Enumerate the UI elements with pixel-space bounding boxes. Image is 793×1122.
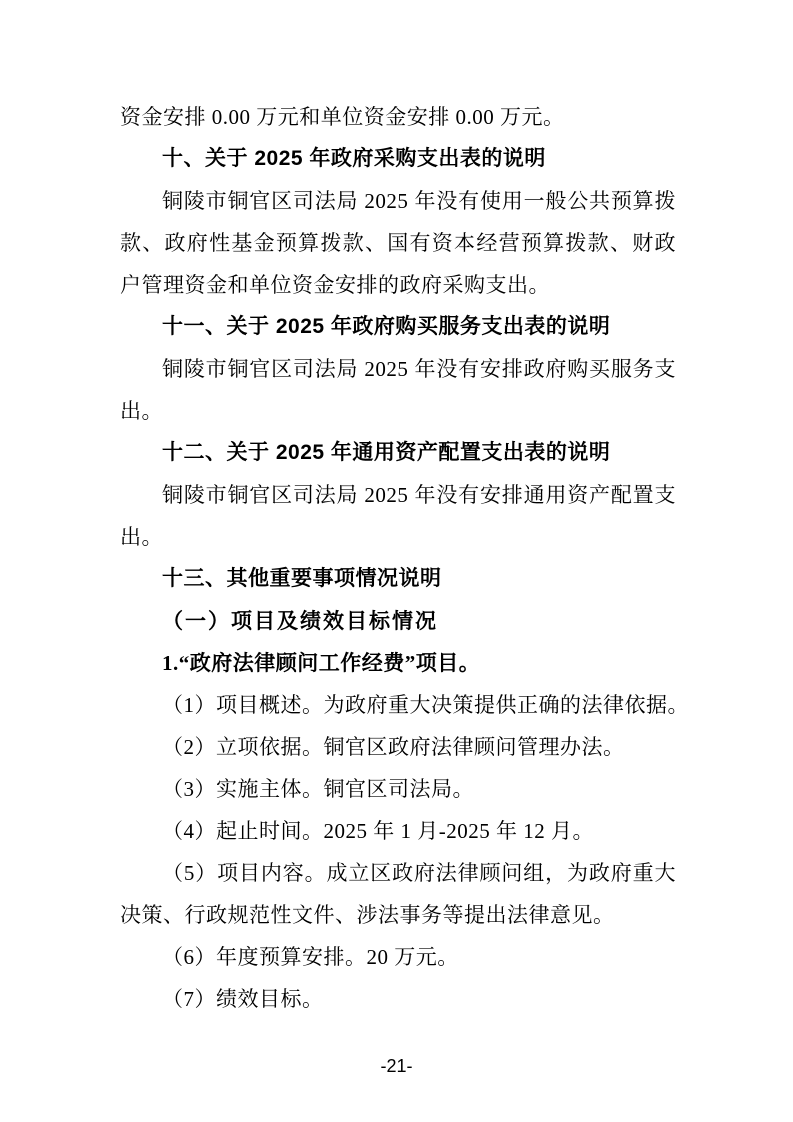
section-heading-12: 十二、关于 2025 年通用资产配置支出表的说明 bbox=[120, 432, 676, 474]
paragraph-line: 铜陵市铜官区司法局 2025 年没有安排通用资产配置支 bbox=[120, 474, 676, 516]
paragraph-line: 铜陵市铜官区司法局 2025 年没有使用一般公共预算拨 bbox=[120, 180, 676, 222]
section-heading-13: 十三、其他重要事项情况说明 bbox=[120, 558, 676, 600]
project-item-content: （5）项目内容。成立区政府法律顾问组，为政府重大 bbox=[120, 852, 676, 894]
project-item-basis: （2）立项依据。铜官区政府法律顾问管理办法。 bbox=[120, 726, 676, 768]
project-item-budget: （6）年度预算安排。20 万元。 bbox=[120, 936, 676, 978]
subsection-heading-1: （一）项目及绩效目标情况 bbox=[120, 600, 676, 642]
project-title-heading: 1.“政府法律顾问工作经费”项目。 bbox=[120, 642, 676, 684]
paragraph-line: 款、政府性基金预算拨款、国有资本经营预算拨款、财政专 bbox=[120, 222, 676, 264]
paragraph-line: 户管理资金和单位资金安排的政府采购支出。 bbox=[120, 264, 676, 306]
paragraph-line: 决策、行政规范性文件、涉法事务等提出法律意见。 bbox=[120, 894, 676, 936]
project-item-duration: （4）起止时间。2025 年 1 月-2025 年 12 月。 bbox=[120, 810, 676, 852]
project-item-overview: （1）项目概述。为政府重大决策提供正确的法律依据。 bbox=[120, 684, 676, 726]
project-item-implementer: （3）实施主体。铜官区司法局。 bbox=[120, 768, 676, 810]
document-page: 资金安排 0.00 万元和单位资金安排 0.00 万元。 十、关于 2025 年… bbox=[0, 0, 793, 1122]
project-item-performance: （7）绩效目标。 bbox=[120, 978, 676, 1020]
document-body: 资金安排 0.00 万元和单位资金安排 0.00 万元。 十、关于 2025 年… bbox=[120, 96, 676, 1020]
section-heading-11: 十一、关于 2025 年政府购买服务支出表的说明 bbox=[120, 306, 676, 348]
paragraph-line: 出。 bbox=[120, 390, 676, 432]
paragraph-line: 资金安排 0.00 万元和单位资金安排 0.00 万元。 bbox=[120, 96, 676, 138]
section-heading-10: 十、关于 2025 年政府采购支出表的说明 bbox=[120, 138, 676, 180]
paragraph-line: 铜陵市铜官区司法局 2025 年没有安排政府购买服务支 bbox=[120, 348, 676, 390]
paragraph-line: 出。 bbox=[120, 516, 676, 558]
page-number: -21- bbox=[0, 1056, 793, 1077]
